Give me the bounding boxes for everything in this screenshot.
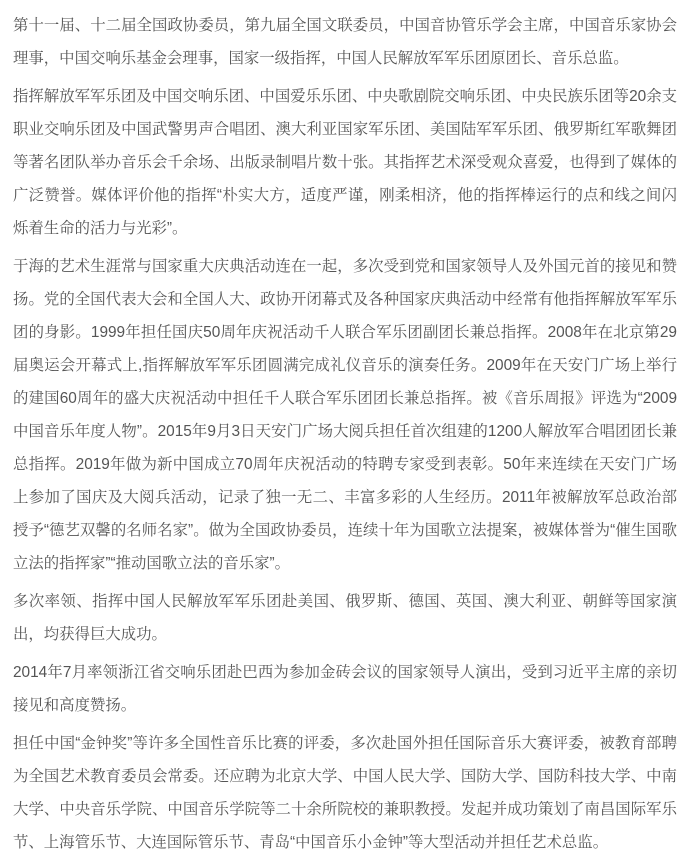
paragraph-titles: 第十一届、十二届全国政协委员，第九届全国文联委员，中国音协管乐学会主席，中国音乐…	[13, 9, 677, 75]
paragraph-national-ceremonies: 于海的艺术生涯常与国家重大庆典活动连在一起，多次受到党和国家领导人及外国元首的接…	[13, 250, 677, 580]
paragraph-brics-performance: 2014年7月率领浙江省交响乐团赴巴西为参加金砖会议的国家领导人演出，受到习近平…	[13, 656, 677, 722]
document-body: 第十一届、十二届全国政协委员，第九届全国文联委员，中国音协管乐学会主席，中国音乐…	[0, 0, 690, 868]
paragraph-international-tours: 多次率领、指挥中国人民解放军军乐团赴美国、俄罗斯、德国、英国、澳大利亚、朝鲜等国…	[13, 585, 677, 651]
paragraph-conducting-career: 指挥解放军军乐团及中国交响乐团、中国爱乐乐团、中央歌剧院交响乐团、中央民族乐团等…	[13, 80, 677, 245]
paragraph-judging-and-teaching: 担任中国“金钟奖”等许多全国性音乐比赛的评委，多次赴国外担任国际音乐大赛评委，被…	[13, 727, 677, 859]
